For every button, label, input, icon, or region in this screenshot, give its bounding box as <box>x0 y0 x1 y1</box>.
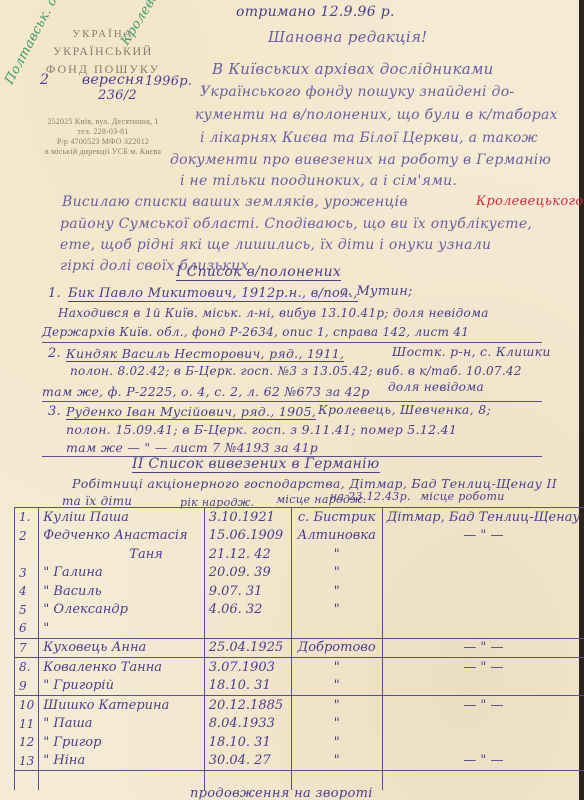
list1-entry-2-detail: полон. 8.02.42; в Б-Церк. госп. №3 з 13.… <box>70 364 522 378</box>
table-row: 3" Галина20.09. 39" <box>15 564 584 583</box>
row-number: 11 <box>15 715 39 734</box>
empty-cell <box>39 771 204 790</box>
birth-date: 3.07.1903 <box>204 658 291 677</box>
list1-entry-1-place: с. Мутин; <box>340 284 413 299</box>
work-place <box>382 545 584 564</box>
list1-entry-3-num: 3. <box>48 404 61 419</box>
row-number: 10 <box>15 696 39 715</box>
row-number: 4 <box>15 582 39 601</box>
birth-place: " <box>291 752 382 771</box>
stamp-address: 252025 Київ, вул. Десятинна, 1 <box>18 117 188 127</box>
row-number: 8. <box>15 658 39 677</box>
stamp-phone: тел. 228-03-81 <box>18 127 188 137</box>
work-place <box>382 564 584 583</box>
table-row: Таня21.12. 42" <box>15 545 584 564</box>
birth-date: 4.06. 32 <box>204 601 291 620</box>
intro-line-4: і лікарнях Києва та Білої Церкви, а тако… <box>200 130 538 146</box>
person-name: Федченко Анастасія <box>39 527 204 546</box>
row-number: 13 <box>15 752 39 771</box>
table-row: 10Шишко Катерина20.12.1885"— " — <box>15 696 584 715</box>
empty-cell <box>15 771 39 790</box>
list1-entry-3-place: Кролевець, Шевченка, 8; <box>318 402 491 417</box>
person-name: " Григорій <box>39 677 204 696</box>
stamp-reg-number: 236/2 <box>98 88 137 103</box>
stamp-account: Р/р 4700523 МФО 322012 <box>18 137 188 147</box>
empty-cell <box>382 771 584 790</box>
work-place <box>382 582 584 601</box>
stamp-month: вересня <box>82 72 144 88</box>
row-number: 1. <box>15 508 39 527</box>
continued-note: продовження на звороті <box>190 786 373 800</box>
birth-date: 30.04. 27 <box>204 752 291 771</box>
work-place: — " — <box>382 638 584 658</box>
work-place: Дітмар, Бад Тенлиц-Щенау <box>382 508 584 527</box>
list1-entry-2-name: Киндяк Василь Несторович, ряд., 1911, <box>66 346 344 362</box>
list1-rule-1 <box>42 342 542 343</box>
list1-entry-3-name: Руденко Іван Мусійович, ряд., 1905, <box>66 404 316 420</box>
work-place: — " — <box>382 658 584 677</box>
work-place: — " — <box>382 527 584 546</box>
birth-place: " <box>291 658 382 677</box>
birth-place: " <box>291 677 382 696</box>
table-row: 5" Олександр4.06. 32" <box>15 601 584 620</box>
list1-entry-3-detail: полон. 15.09.41; в Б-Церк. госп. з 9.11.… <box>66 422 457 437</box>
table-row: 1.Куліш Паша3.10.1921с. БистрикДітмар, Б… <box>15 508 584 527</box>
intro-line-5: документи про вивезених на роботу в Герм… <box>170 152 551 168</box>
list2-subtitle-children: та їх діти <box>62 494 132 508</box>
person-name: Куховець Анна <box>39 638 204 658</box>
birth-place: " <box>291 601 382 620</box>
list1-entry-2-source: там же, ф. Р-2225, о. 4, с. 2, л. 62 №67… <box>42 384 370 399</box>
person-name: Коваленко Танна <box>39 658 204 677</box>
person-name: " Григор <box>39 733 204 752</box>
birth-date: 9.07. 31 <box>204 582 291 601</box>
table-row: 11" Паша8.04.1933" <box>15 715 584 734</box>
person-name: Таня <box>39 545 204 564</box>
deportees-table: 1.Куліш Паша3.10.1921с. БистрикДітмар, Б… <box>14 507 584 790</box>
birth-place <box>291 619 382 638</box>
person-name: " Олександр <box>39 601 204 620</box>
row-number: 5 <box>15 601 39 620</box>
person-name: Шишко Катерина <box>39 696 204 715</box>
row-number: 7 <box>15 638 39 658</box>
list1-entry-1-source: Держархів Київ. обл., фонд Р-2634, опис … <box>42 325 469 339</box>
birth-place: " <box>291 545 382 564</box>
birth-date: 3.10.1921 <box>204 508 291 527</box>
table-row: 8.Коваленко Танна3.07.1903"— " — <box>15 658 584 677</box>
column-header-work-place: місце роботи <box>420 490 505 503</box>
table-row: 2Федченко Анастасія15.06.1909Алтиновка— … <box>15 527 584 546</box>
birth-place: Алтиновка <box>291 527 382 546</box>
birth-place: Добротово <box>291 638 382 658</box>
list2-title: II Список вивезених в Германію <box>132 456 380 473</box>
work-place <box>382 715 584 734</box>
table-row: 9" Григорій18.10. 31" <box>15 677 584 696</box>
birth-date: 8.04.1933 <box>204 715 291 734</box>
row-number <box>15 545 39 564</box>
birth-place: " <box>291 696 382 715</box>
row-number: 3 <box>15 564 39 583</box>
birth-date: 15.06.1909 <box>204 527 291 546</box>
birth-place: " <box>291 715 382 734</box>
body-line-1: Висилаю списки ваших земляків, уроженців <box>62 194 408 210</box>
birth-date: 20.09. 39 <box>204 564 291 583</box>
person-name: " <box>39 619 204 638</box>
intro-line-3: кументи на в/полонених, що були в к/табо… <box>195 107 558 123</box>
greeting: Шановна редакція! <box>268 28 428 46</box>
list1-entry-1-num: 1. <box>48 286 61 301</box>
list1-entry-1-detail: Находився в 1й Київ. міськ. л-ні, вибув … <box>58 306 489 320</box>
table-row: 13" Ніна30.04. 27"— " — <box>15 752 584 771</box>
person-name: " Василь <box>39 582 204 601</box>
birth-place: с. Бистрик <box>291 508 382 527</box>
person-name: Куліш Паша <box>39 508 204 527</box>
stamp-bank: в міській дирекції УСБ м. Києва <box>18 147 188 157</box>
birth-date <box>204 619 291 638</box>
work-place <box>382 601 584 620</box>
row-number: 9 <box>15 677 39 696</box>
list1-entry-3-source: там же — " — лист 7 №4193 за 41р <box>66 440 318 455</box>
birth-date: 20.12.1885 <box>204 696 291 715</box>
stamp-org-line1: УКРАЇНСЬКИЙ <box>18 44 188 59</box>
body-line-3: ете, щоб рідні які ще лишились, їх діти … <box>60 237 491 253</box>
list1-title: I Список в/полонених <box>176 264 341 281</box>
row-number: 6 <box>15 619 39 638</box>
body-line-2: району Сумської області. Сподіваюсь, що … <box>60 216 532 232</box>
table-row: 7Куховець Анна25.04.1925Добротово— " — <box>15 638 584 658</box>
list1-entry-2-num: 2. <box>48 346 61 361</box>
person-name: " Галина <box>39 564 204 583</box>
list2-subtitle: Робітниці акціонерного господарства, Діт… <box>72 476 557 491</box>
work-place <box>382 733 584 752</box>
stamp-day: 2 <box>40 72 49 88</box>
work-place <box>382 677 584 696</box>
birth-date: 18.10. 31 <box>204 677 291 696</box>
list1-entry-2-place: Шостк. р-н, с. Клишки <box>392 344 551 359</box>
work-place <box>382 619 584 638</box>
work-place: — " — <box>382 696 584 715</box>
red-annotation: Кролевецького <box>476 194 583 209</box>
birth-date: 21.12. 42 <box>204 545 291 564</box>
received-note: отримано 12.9.96 р. <box>236 4 395 20</box>
intro-line-6: і не тільки поодиноких, а і сім'ями. <box>180 173 457 189</box>
row-number: 2 <box>15 527 39 546</box>
table-row: 4" Василь9.07. 31" <box>15 582 584 601</box>
intro-line-2: Українського фонду пошуку знайдені до- <box>200 84 514 100</box>
person-name: " Паша <box>39 715 204 734</box>
birth-place: " <box>291 564 382 583</box>
table-row: 12" Григор18.10. 31" <box>15 733 584 752</box>
table-row: 6" <box>15 619 584 638</box>
list1-entry-1-name: Бик Павло Микитович, 1912р.н., в/пол., <box>68 286 358 302</box>
stamp-year: 1996р. <box>145 74 192 89</box>
birth-date: 25.04.1925 <box>204 638 291 658</box>
birth-date: 18.10. 31 <box>204 733 291 752</box>
birth-place: " <box>291 733 382 752</box>
person-name: " Ніна <box>39 752 204 771</box>
intro-line-1: В Київських архівах дослідниками <box>212 60 494 78</box>
column-header-birth-place: місце народж. <box>276 493 367 506</box>
work-place: — " — <box>382 752 584 771</box>
list1-entry-2-fate: доля невідома <box>388 380 484 394</box>
birth-place: " <box>291 582 382 601</box>
row-number: 12 <box>15 733 39 752</box>
